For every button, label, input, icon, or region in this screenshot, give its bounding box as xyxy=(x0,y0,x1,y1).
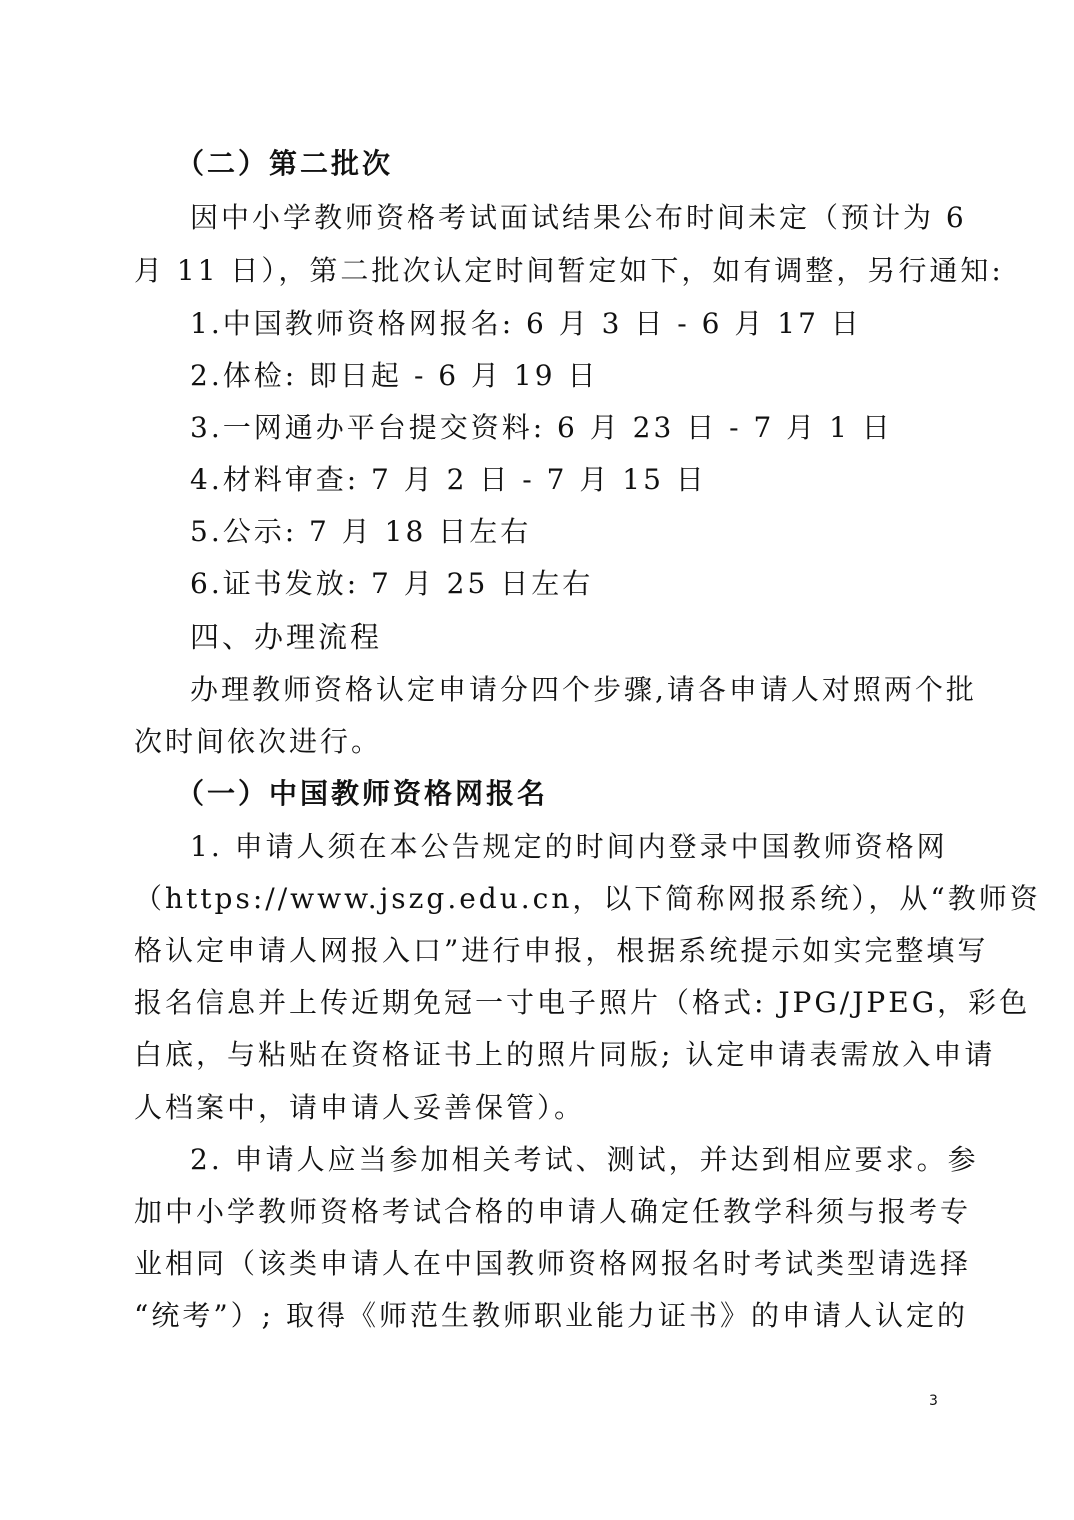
paragraph-line: 6.证书发放: 7 月 25 日左右 xyxy=(190,568,593,600)
paragraph-line: 报名信息并上传近期免冠一寸电子照片（格式: JPG/JPEG，彩色 xyxy=(134,987,1030,1019)
paragraph-line: 因中小学教师资格考试面试结果公布时间未定（预计为 6 xyxy=(190,202,967,234)
paragraph-line: 4.材料审查: 7 月 2 日 - 7 月 15 日 xyxy=(190,464,707,496)
section-heading: 四、办理流程 xyxy=(190,621,382,653)
paragraph-line: 次时间依次进行。 xyxy=(134,726,382,758)
page-number: 3 xyxy=(929,1393,938,1409)
section-heading: （一）中国教师资格网报名 xyxy=(176,778,548,810)
paragraph-line: 人档案中，请申请人妥善保管）。 xyxy=(134,1092,585,1124)
paragraph-line: “统考”）; 取得《师范生教师职业能力证书》的申请人认定的 xyxy=(134,1300,968,1332)
paragraph-line: 1. 申请人须在本公告规定的时间内登录中国教师资格网 xyxy=(190,831,948,863)
paragraph-line: 加中小学教师资格考试合格的申请人确定任教学科须与报考专 xyxy=(134,1196,971,1228)
paragraph-line: （https://www.jszg.edu.cn，以下简称网报系统），从“教师资 xyxy=(134,883,1041,915)
paragraph-line: 5.公示: 7 月 18 日左右 xyxy=(190,516,531,548)
paragraph-line: 2. 申请人应当参加相关考试、测试，并达到相应要求。参 xyxy=(190,1144,979,1176)
paragraph-line: 2.体检: 即日起 - 6 月 19 日 xyxy=(190,360,598,392)
paragraph-line: 月 11 日），第二批次认定时间暂定如下，如有调整，另行通知: xyxy=(134,255,1004,287)
section-heading: （二）第二批次 xyxy=(176,148,393,180)
paragraph-line: 1.中国教师资格网报名: 6 月 3 日 - 6 月 17 日 xyxy=(190,308,862,340)
paragraph-line: 格认定申请人网报入口”进行申报，根据系统提示如实完整填写 xyxy=(134,935,988,967)
paragraph-line: 业相同（该类申请人在中国教师资格网报名时考试类型请选择 xyxy=(134,1248,971,1280)
paragraph-line: 办理教师资格认定申请分四个步骤,请各申请人对照两个批 xyxy=(190,674,977,706)
paragraph-line: 3.一网通办平台提交资料: 6 月 23 日 - 7 月 1 日 xyxy=(190,412,893,444)
paragraph-line: 白底，与粘贴在资格证书上的照片同版; 认定申请表需放入申请 xyxy=(134,1039,995,1071)
